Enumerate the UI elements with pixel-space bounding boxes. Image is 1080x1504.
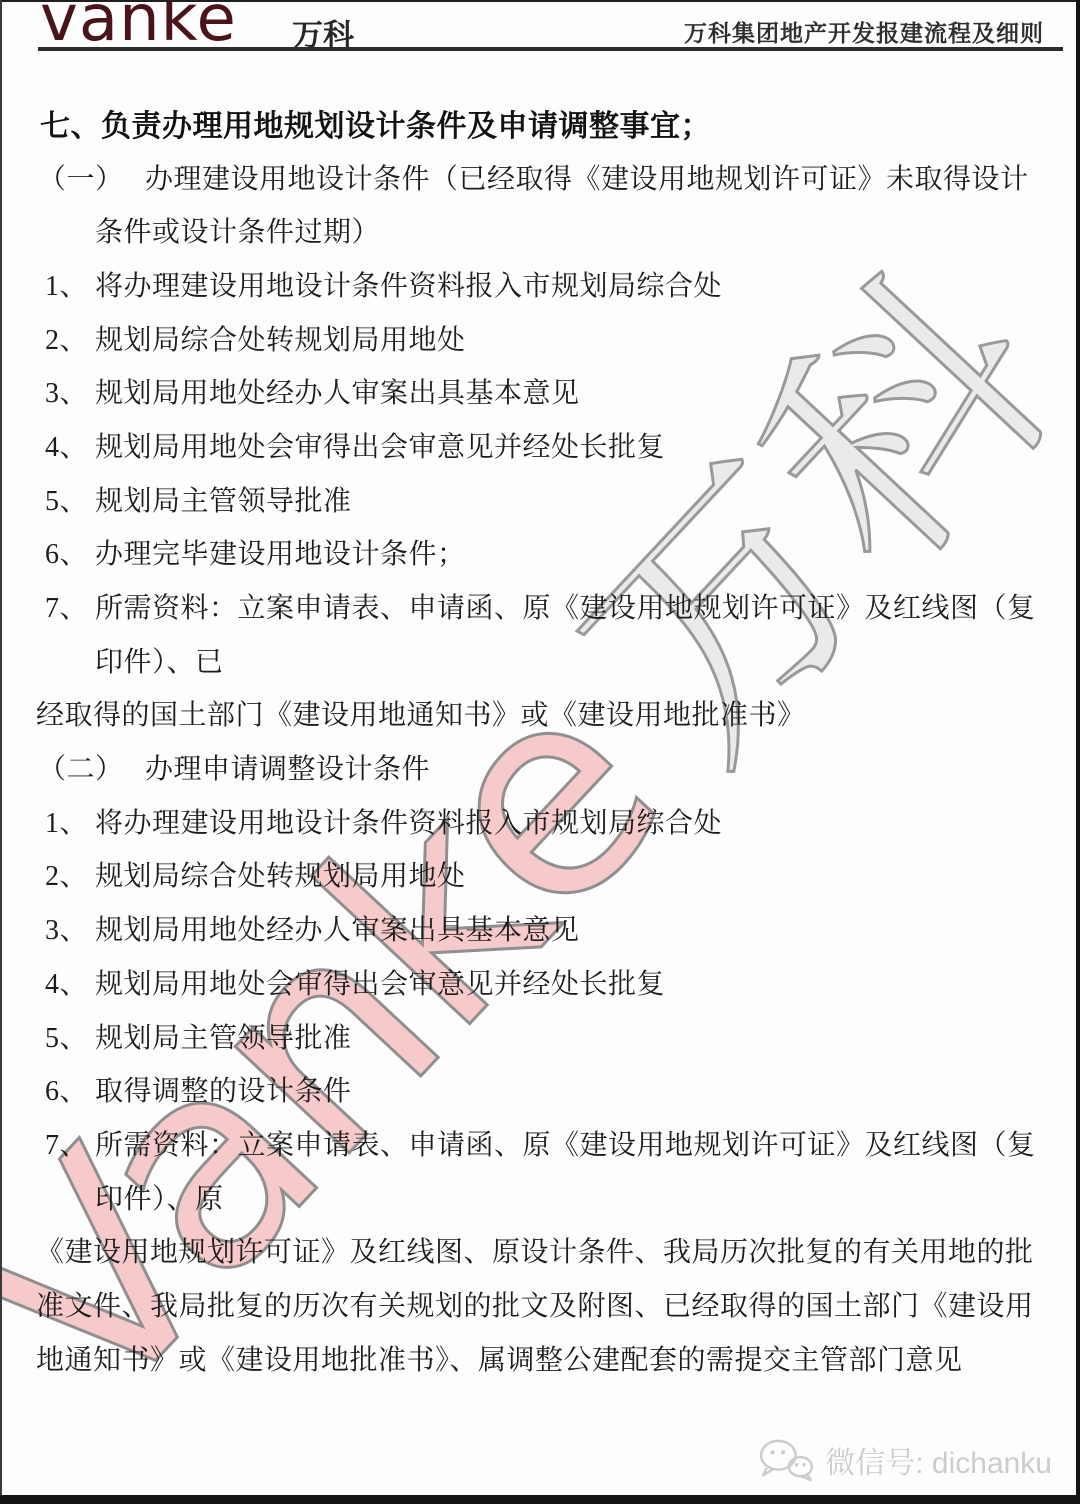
subsection-1-heading-cont: 条件或设计条件过期）: [0, 203, 1080, 257]
item-text: 所需资料：立案申请表、申请函、原《建设用地规划许可证》及红线图（复: [95, 1123, 1036, 1163]
item-text: 将办理建设用地设计条件资料报入市规划局综合处: [95, 801, 722, 841]
wechat-watermark: 微信号: dichanku: [757, 1438, 1052, 1482]
item-number: 4、: [45, 962, 95, 1002]
page-edge-bottom: [0, 1495, 1080, 1504]
subsection-2-label: （二）: [38, 747, 145, 787]
section-7-title: 七、负责办理用地规划设计条件及申请调整事宜；: [0, 96, 1080, 150]
s1-list-item-1: 1、 将办理建设用地设计条件资料报入市规划局综合处: [0, 257, 1080, 311]
item-number: 2、: [45, 318, 95, 358]
item-number: 1、: [45, 801, 95, 841]
item-text: 规划局用地处会审得出会审意见并经处长批复: [95, 962, 665, 1002]
item-number: 7、: [45, 1123, 95, 1163]
item-number: 5、: [45, 1016, 95, 1056]
s1-list-item-4: 4、 规划局用地处会审得出会审意见并经处长批复: [0, 418, 1080, 472]
item-text: 所需资料：立案申请表、申请函、原《建设用地规划许可证》及红线图（复: [95, 586, 1036, 626]
document-body: 七、负责办理用地规划设计条件及申请调整事宜； （一） 办理建设用地设计条件（已经…: [0, 96, 1080, 1385]
document-header-title: 万科集团地产开发报建流程及细则: [684, 15, 1044, 48]
page-edge-left: [0, 0, 2, 1504]
item-number: 6、: [45, 532, 95, 572]
s2-tail-line-3: 地通知书》或《建设用地批准书》、属调整公建配套的需提交主管部门意见: [0, 1331, 1080, 1385]
item-text: 规划局用地处经办人审案出具基本意见: [95, 908, 580, 948]
s2-item-7-continuation: 印件）、原: [0, 1170, 1080, 1224]
s2-list-item-4: 4、 规划局用地处会审得出会审意见并经处长批复: [0, 955, 1080, 1009]
s1-list-item-5: 5、 规划局主管领导批准: [0, 472, 1080, 526]
s1-list-item-6: 6、 办理完毕建设用地设计条件；: [0, 526, 1080, 580]
page-edge-right: [1076, 0, 1080, 1504]
item-number: 6、: [45, 1069, 95, 1109]
item-text: 办理完毕建设用地设计条件；: [95, 532, 466, 572]
item-text: 取得调整的设计条件: [95, 1069, 352, 1109]
item-number: 5、: [45, 479, 95, 519]
s2-tail-line-2: 准文件、我局批复的历次有关规划的批文及附图、已经取得的国土部门《建设用: [0, 1277, 1080, 1331]
header-divider: [38, 47, 1063, 51]
item-number: 7、: [45, 586, 95, 626]
s2-list-item-6: 6、 取得调整的设计条件: [0, 1062, 1080, 1116]
s1-tail-line-1: 经取得的国土部门《建设用地通知书》或《建设用地批准书》: [0, 687, 1080, 741]
wechat-id-label: 微信号: dichanku: [825, 1438, 1052, 1482]
s1-list-item-3: 3、 规划局用地处经办人审案出具基本意见: [0, 364, 1080, 418]
subsection-2-heading-text: 办理申请调整设计条件: [145, 747, 430, 787]
item-text: 规划局主管领导批准: [95, 1016, 352, 1056]
wechat-icon: [757, 1438, 815, 1482]
page-edge-top: [0, 0, 1080, 2]
subsection-1-heading-text: 办理建设用地设计条件（已经取得《建设用地规划许可证》未取得设计: [145, 157, 1029, 197]
s2-list-item-5: 5、 规划局主管领导批准: [0, 1009, 1080, 1063]
item-text: 规划局用地处经办人审案出具基本意见: [95, 371, 580, 411]
s2-list-item-2: 2、 规划局综合处转规划局用地处: [0, 848, 1080, 902]
subsection-1-label: （一）: [38, 157, 145, 197]
item-text: 规划局主管领导批准: [95, 479, 352, 519]
s1-list-item-2: 2、 规划局综合处转规划局用地处: [0, 311, 1080, 365]
s2-tail-line-1: 《建设用地规划许可证》及红线图、原设计条件、我局历次批复的有关用地的批: [0, 1223, 1080, 1277]
s2-list-item-7: 7、 所需资料：立案申请表、申请函、原《建设用地规划许可证》及红线图（复: [0, 1116, 1080, 1170]
item-number: 3、: [45, 371, 95, 411]
item-number: 3、: [45, 908, 95, 948]
item-number: 1、: [45, 264, 95, 304]
item-number: 2、: [45, 854, 95, 894]
item-text: 规划局综合处转规划局用地处: [95, 854, 466, 894]
subsection-2-heading: （二） 办理申请调整设计条件: [0, 740, 1080, 794]
s2-list-item-3: 3、 规划局用地处经办人审案出具基本意见: [0, 901, 1080, 955]
document-page: Vanke 万科 vanke 万科 万科集团地产开发报建流程及细则 七、负责办理…: [0, 0, 1080, 1504]
s2-list-item-1: 1、 将办理建设用地设计条件资料报入市规划局综合处: [0, 794, 1080, 848]
item-number: 4、: [45, 425, 95, 465]
s1-item-7-continuation: 印件）、已: [0, 633, 1080, 687]
item-text: 将办理建设用地设计条件资料报入市规划局综合处: [95, 264, 722, 304]
s1-list-item-7: 7、 所需资料：立案申请表、申请函、原《建设用地规划许可证》及红线图（复: [0, 579, 1080, 633]
item-text: 规划局用地处会审得出会审意见并经处长批复: [95, 425, 665, 465]
item-text: 规划局综合处转规划局用地处: [95, 318, 466, 358]
subsection-1-heading: （一） 办理建设用地设计条件（已经取得《建设用地规划许可证》未取得设计: [0, 150, 1080, 204]
